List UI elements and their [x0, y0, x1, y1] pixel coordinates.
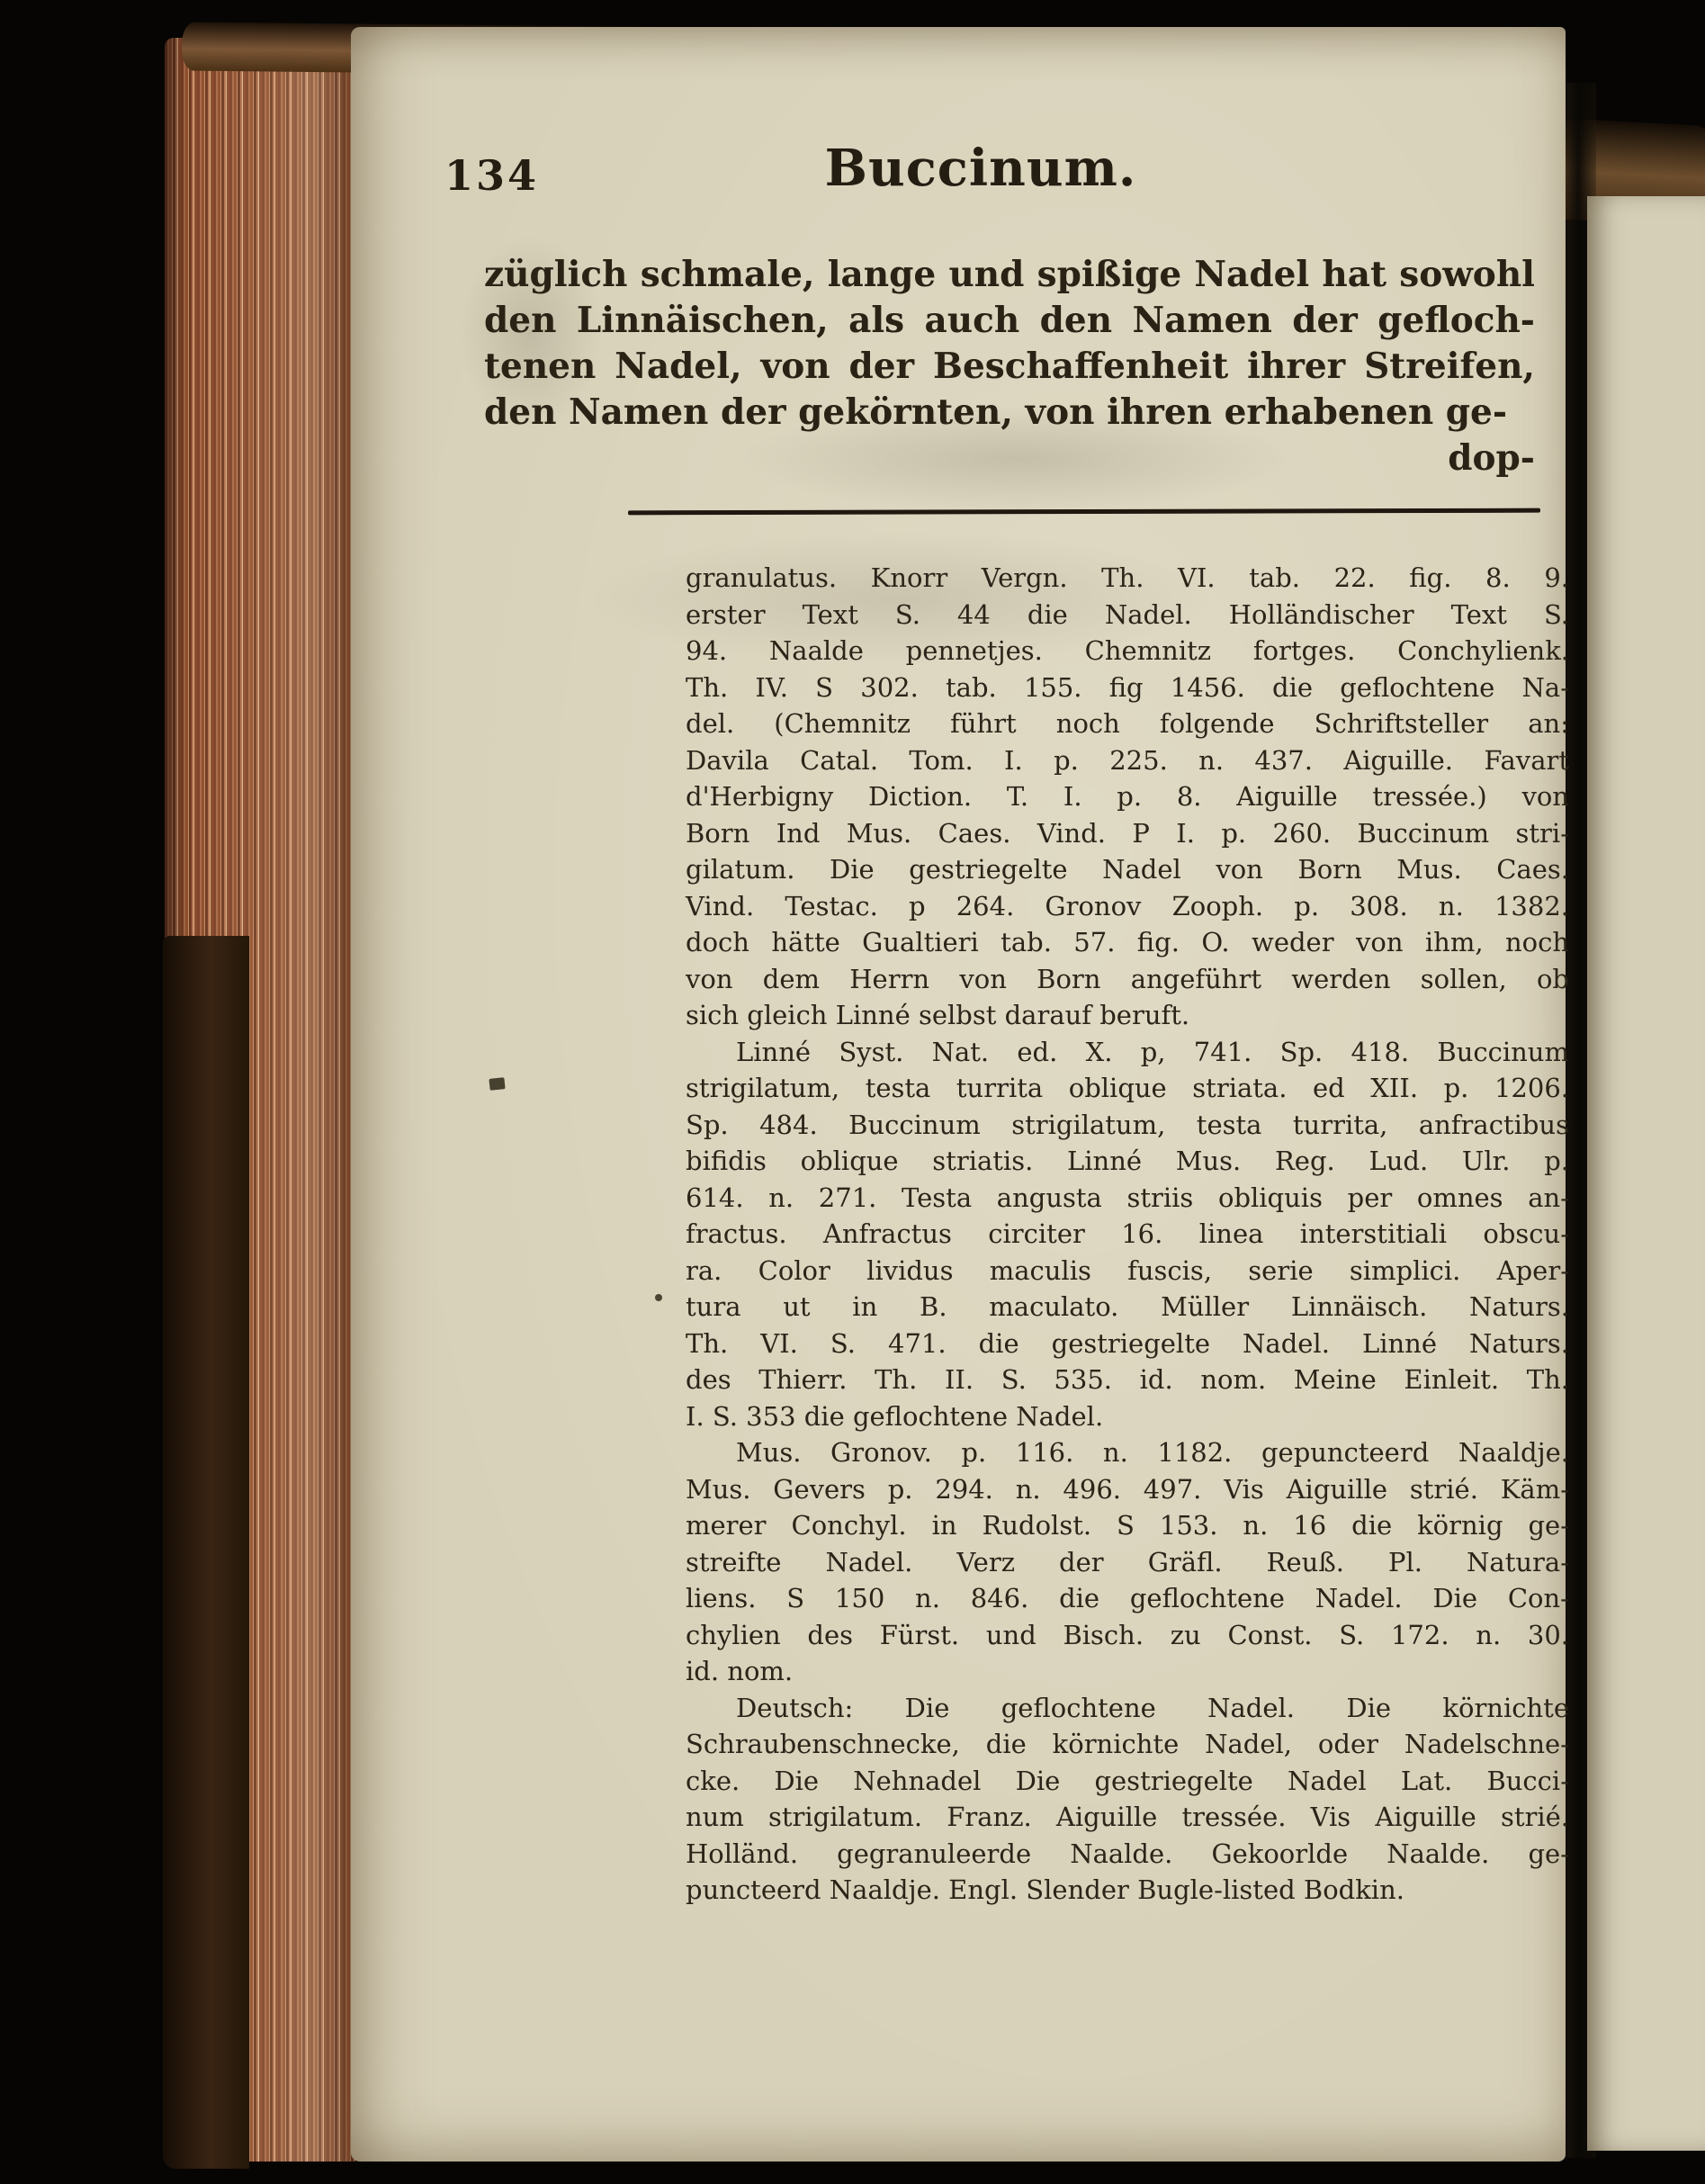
- annotation-paragraph: Deutsch: Die geflochtene Nadel. Die körn…: [686, 1690, 1569, 1909]
- text-line: Born Ind Mus. Caes. Vind. P I. p. 260. B…: [686, 815, 1569, 852]
- text-line: den Namen der gekörnten, von ihren erhab…: [484, 390, 1535, 436]
- text-line: den Linnäischen, als auch den Namen der …: [484, 298, 1535, 344]
- text-line: fractus. Anfractus circiter 16. linea in…: [686, 1216, 1569, 1253]
- text-line: bifidis oblique striatis. Linné Mus. Reg…: [686, 1143, 1569, 1180]
- text-line: liens. S 150 n. 846. die geflochtene Nad…: [686, 1580, 1569, 1617]
- page-number: 134: [444, 151, 539, 200]
- text-line: sich gleich Linné selbst darauf beruft.: [686, 997, 1569, 1034]
- text-line: des Thierr. Th. II. S. 535. id. nom. Mei…: [686, 1362, 1569, 1398]
- text-line: del. (Chemnitz führt noch folgende Schri…: [686, 706, 1569, 742]
- text-line: id. nom.: [686, 1653, 1569, 1690]
- margin-dot: [655, 1294, 662, 1301]
- text-line: Holländ. gegranuleerde Naalde. Gekoorlde…: [686, 1836, 1569, 1873]
- text-line: granulatus. Knorr Vergn. Th. VI. tab. 22…: [686, 560, 1569, 597]
- text-line: cke. Die Nehnadel Die gestriegelte Nadel…: [686, 1763, 1569, 1800]
- text-line: Schraubenschnecke, die körnichte Nadel, …: [686, 1726, 1569, 1763]
- text-line: tura ut in B. maculato. Müller Linnäisch…: [686, 1289, 1569, 1326]
- text-line: tenen Nadel, von der Beschaffenheit ihre…: [484, 344, 1535, 390]
- text-line: züglich schmale, lange und spißige Nadel…: [484, 252, 1535, 298]
- text-line: Vind. Testac. p 264. Gronov Zooph. p. 30…: [686, 888, 1569, 925]
- text-line: chylien des Fürst. und Bisch. zu Const. …: [686, 1617, 1569, 1654]
- annotation-paragraph: Linné Syst. Nat. ed. X. p, 741. Sp. 418.…: [686, 1034, 1569, 1435]
- text-line: strigilatum, testa turrita oblique stria…: [686, 1070, 1569, 1107]
- text-line: von dem Herrn von Born angeführt werden …: [686, 961, 1569, 998]
- text-line: streifte Nadel. Verz der Gräfl. Reuß. Pl…: [686, 1544, 1569, 1581]
- running-head: Buccinum.: [738, 139, 1224, 198]
- margin-smudge: [489, 1077, 505, 1091]
- text-line: doch hätte Gualtieri tab. 57. fig. O. we…: [686, 924, 1569, 961]
- text-line: Mus. Gronov. p. 116. n. 1182. gepuncteer…: [686, 1434, 1569, 1471]
- text-line: Th. VI. S. 471. die gestriegelte Nadel. …: [686, 1326, 1569, 1362]
- annotation-paragraph: Mus. Gronov. p. 116. n. 1182. gepuncteer…: [686, 1434, 1569, 1690]
- text-line: ra. Color lividus maculis fuscis, serie …: [686, 1253, 1569, 1290]
- book-page: 134 Buccinum. züglich schmale, lange und…: [351, 27, 1566, 2162]
- text-line: Mus. Gevers p. 294. n. 496. 497. Vis Aig…: [686, 1471, 1569, 1508]
- text-line: 614. n. 271. Testa angusta striis obliqu…: [686, 1180, 1569, 1217]
- catchword: dop-: [484, 436, 1535, 481]
- intro-paragraph: züglich schmale, lange und spißige Nadel…: [484, 252, 1535, 481]
- text-line: Th. IV. S 302. tab. 155. fig 1456. die g…: [686, 670, 1569, 706]
- book-cover-edge: [163, 936, 249, 2169]
- text-line: erster Text S. 44 die Nadel. Holländisch…: [686, 597, 1569, 634]
- annotation-block: granulatus. Knorr Vergn. Th. VI. tab. 22…: [686, 560, 1569, 1909]
- text-line: d'Herbigny Diction. T. I. p. 8. Aiguille…: [686, 778, 1569, 815]
- text-line: Davila Catal. Tom. I. p. 225. n. 437. Ai…: [686, 742, 1569, 779]
- text-line: num strigilatum. Franz. Aiguille tressée…: [686, 1799, 1569, 1836]
- next-page-sliver: [1587, 196, 1705, 2151]
- text-line: merer Conchyl. in Rudolst. S 153. n. 16 …: [686, 1507, 1569, 1544]
- text-line: Linné Syst. Nat. ed. X. p, 741. Sp. 418.…: [686, 1034, 1569, 1071]
- annotation-paragraph: granulatus. Knorr Vergn. Th. VI. tab. 22…: [686, 560, 1569, 1034]
- text-line: 94. Naalde pennetjes. Chemnitz fortges. …: [686, 633, 1569, 670]
- text-line: gilatum. Die gestriegelte Nadel von Born…: [686, 851, 1569, 888]
- text-line: Sp. 484. Buccinum strigilatum, testa tur…: [686, 1107, 1569, 1144]
- text-line: I. S. 353 die geflochtene Nadel.: [686, 1398, 1569, 1435]
- text-line: Deutsch: Die geflochtene Nadel. Die körn…: [686, 1690, 1569, 1727]
- text-line: puncteerd Naaldje. Engl. Slender Bugle-l…: [686, 1872, 1569, 1909]
- section-rule: [628, 508, 1540, 516]
